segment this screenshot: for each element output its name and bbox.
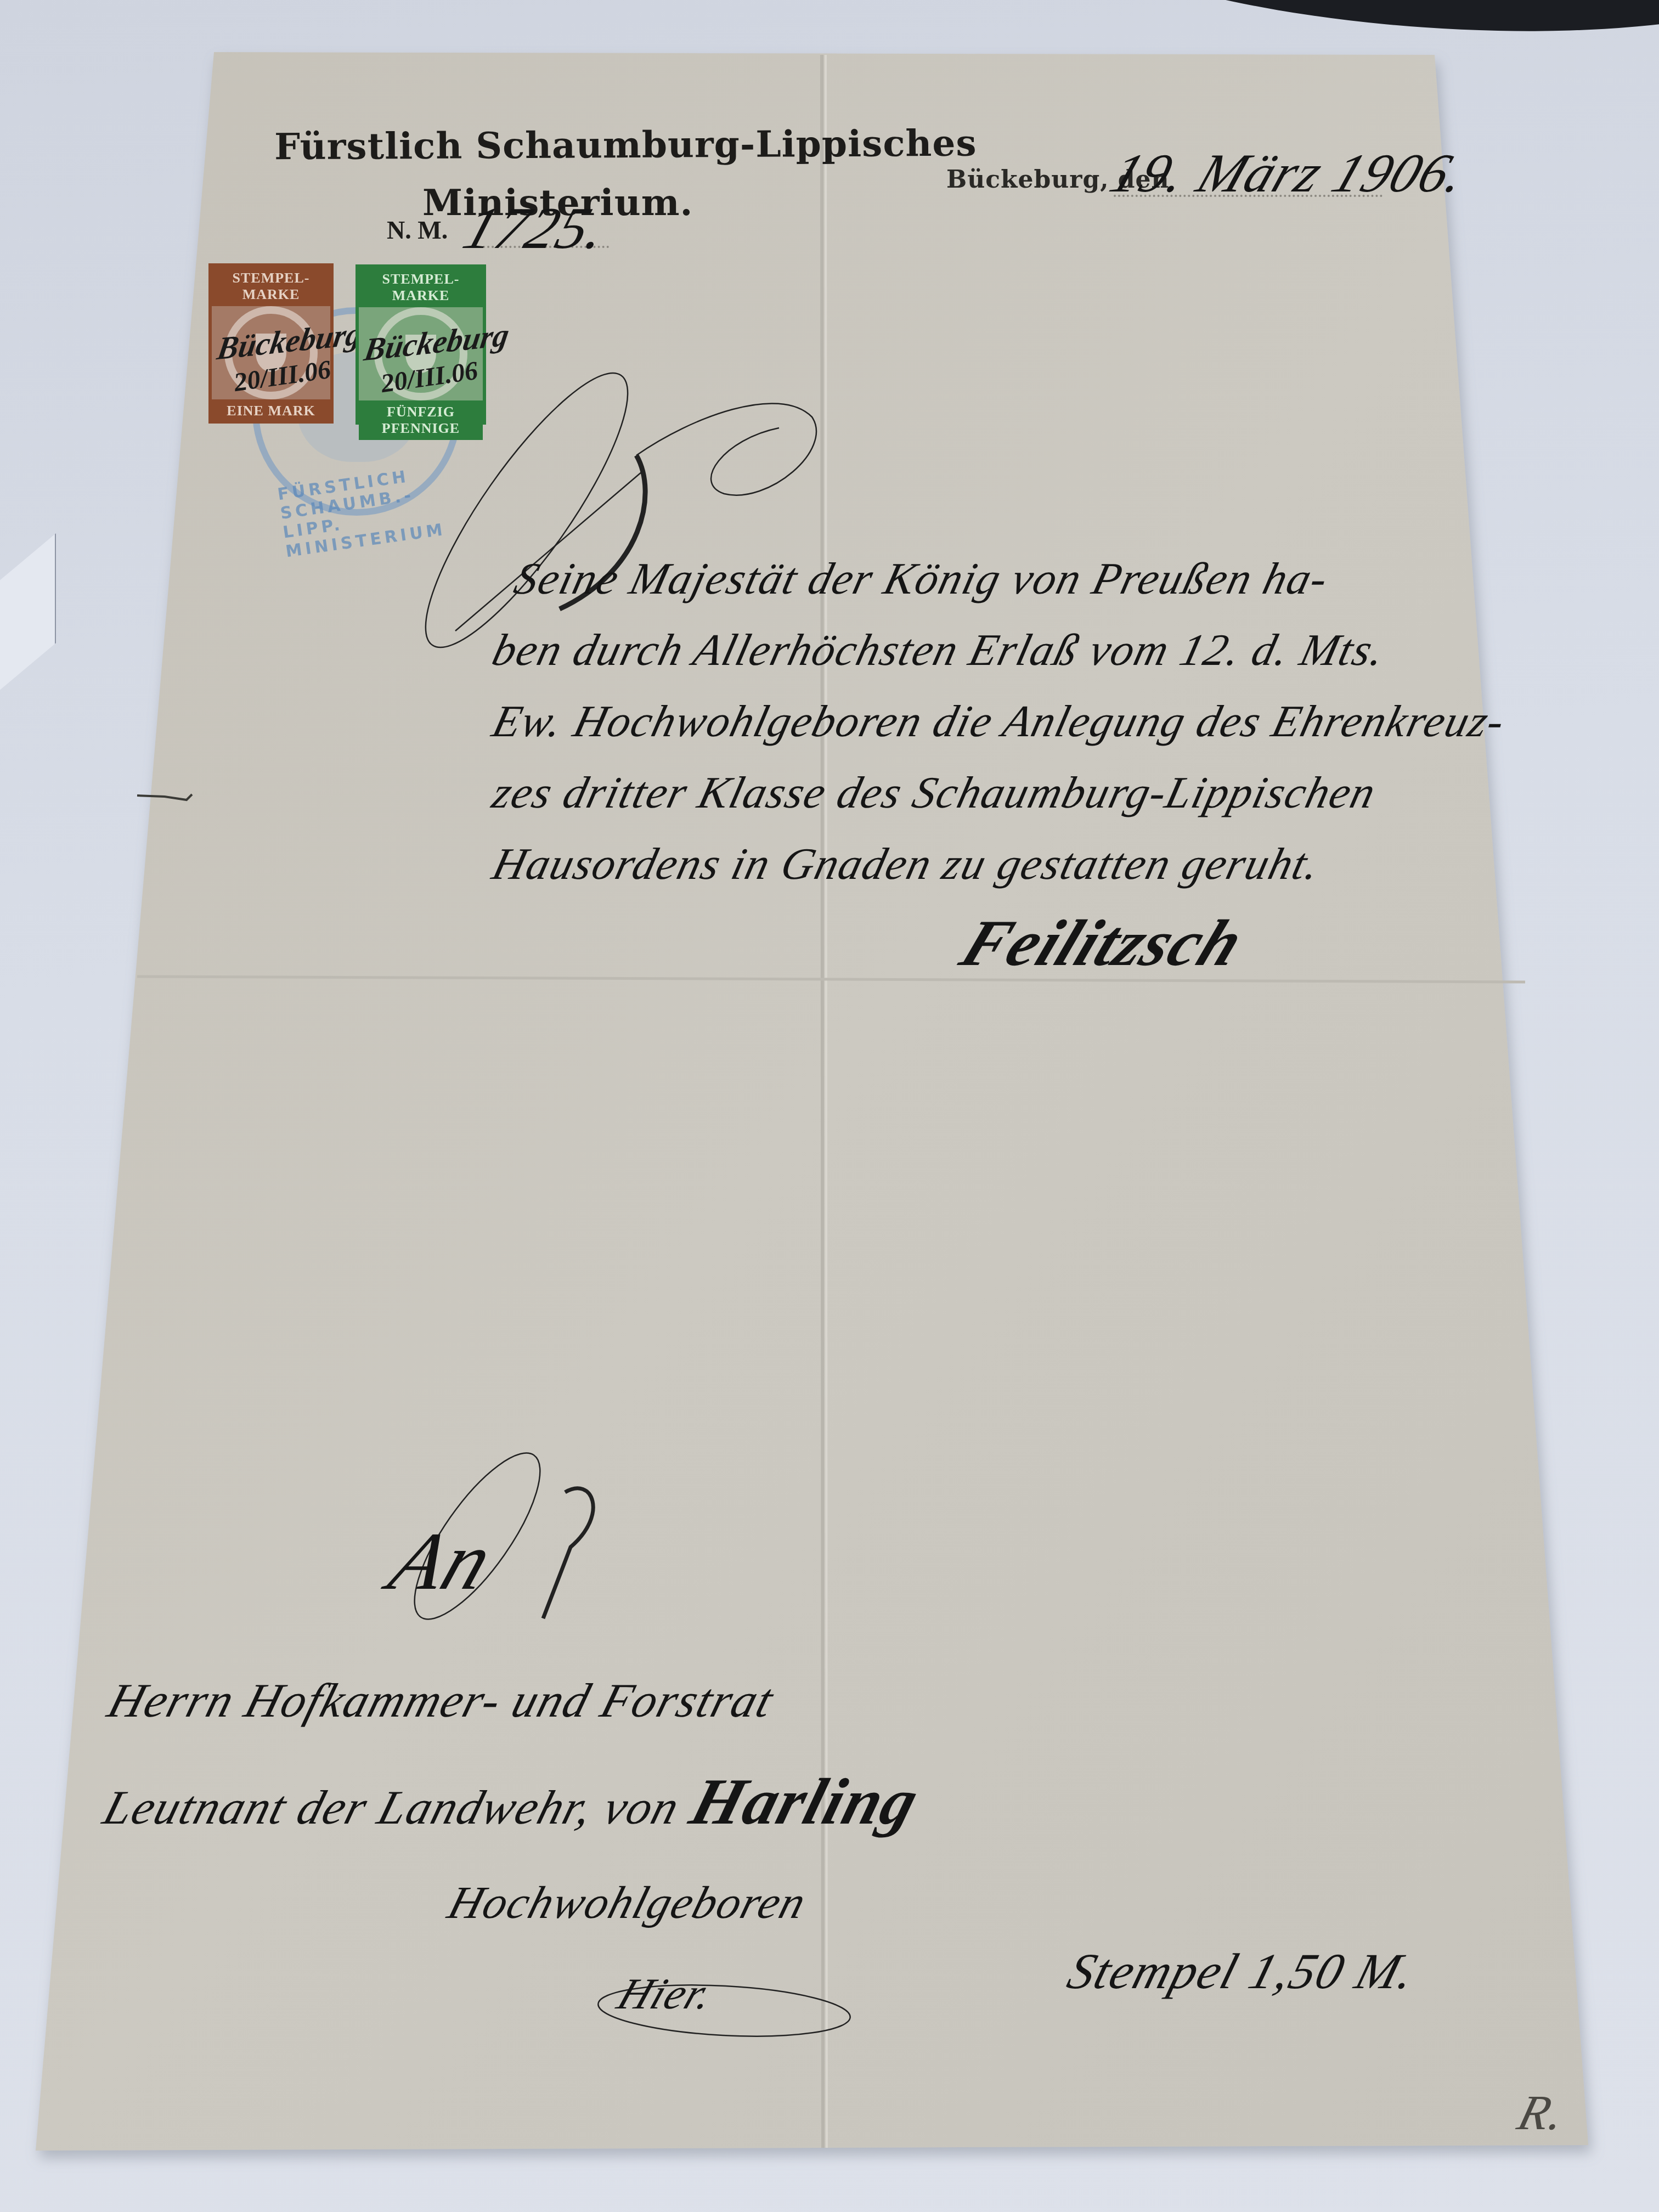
address-honorific: Hochwohlgeboren xyxy=(442,1876,812,1929)
stamp-value: EINE MARK xyxy=(212,399,330,422)
stamp-emblem: Bückeburg 20/III.06 xyxy=(212,306,330,399)
letterhead-ministry-name: Fürstlich Schaumburg-Lippisches xyxy=(274,122,977,168)
body-line: Hausordens in Gnaden zu gestatten geruht… xyxy=(485,828,1513,900)
letter-body: Seine Majestät der König von Preußen ha-… xyxy=(494,543,1504,900)
address-location: Hier. xyxy=(611,1970,721,2019)
reference-label: N. M. xyxy=(387,216,448,245)
stamp-emblem: Bückeburg 20/III.06 xyxy=(359,307,483,400)
stamp-fee-note: Stempel 1,50 M. xyxy=(1062,1942,1423,2000)
stamp-header: STEMPEL-MARKE xyxy=(359,268,483,307)
body-line: Seine Majestät der König von Preußen ha- xyxy=(507,543,1513,614)
body-line: ben durch Allerhöchsten Erlaß vom 12. d.… xyxy=(485,614,1513,686)
recipient-name: Harling xyxy=(683,1765,928,1838)
address-title: Herrn Hofkammer- und Forstrat xyxy=(102,1673,780,1729)
dateline-date: 19. März 1906. xyxy=(1102,142,1476,205)
signature: Feilitzsch xyxy=(950,905,1255,981)
body-line: zes dritter Klasse des Schaumburg-Lippis… xyxy=(485,757,1513,828)
body-line: Ew. Hochwohlgeboren die Anlegung des Ehr… xyxy=(485,686,1513,757)
address-rank: Leutnant der Landwehr, von xyxy=(98,1781,686,1835)
reference-number: 1725. xyxy=(455,195,616,263)
revenue-stamp-fifty-pfennig: STEMPEL-MARKE Bückeburg 20/III.06 FÜNFZI… xyxy=(356,264,486,425)
stamp-header: STEMPEL-MARKE xyxy=(212,267,330,306)
stamp-value: FÜNFZIG PFENNIGE xyxy=(359,400,483,440)
address-rank-name: Leutnant der Landwehr, von Harling xyxy=(96,1764,927,1839)
revenue-stamp-one-mark: STEMPEL-MARKE Bückeburg 20/III.06 EINE M… xyxy=(208,263,334,424)
